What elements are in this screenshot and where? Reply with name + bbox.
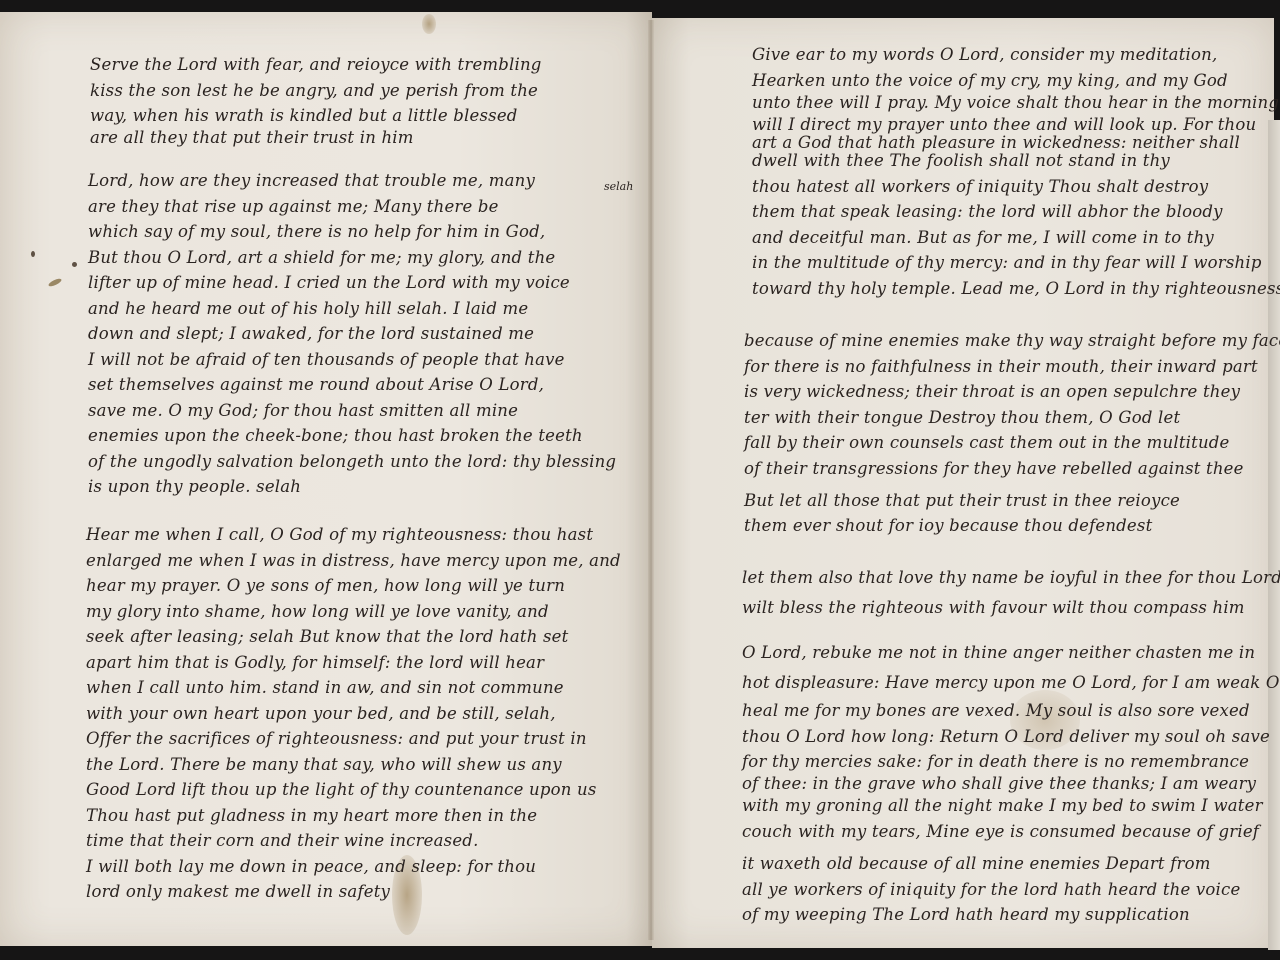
text-line: seek after leasing; selah But know that … bbox=[86, 624, 621, 650]
text-line: heal me for my bones are vexed. My soul … bbox=[742, 698, 1280, 724]
text-line: is very wickedness; their throat is an o… bbox=[744, 379, 1280, 405]
text-line: enemies upon the cheek-bone; thou hast b… bbox=[88, 423, 616, 449]
text-line: toward thy holy temple. Lead me, O Lord … bbox=[752, 276, 1280, 302]
text-line: let them also that love thy name be ioyf… bbox=[742, 565, 1280, 595]
right-paragraph-4: O Lord, rebuke me not in thine anger nei… bbox=[742, 640, 1280, 928]
text-line: it waxeth old because of all mine enemie… bbox=[742, 851, 1280, 877]
text-line: in the multitude of thy mercy: and in th… bbox=[752, 250, 1280, 276]
text-line: time that their corn and their wine incr… bbox=[86, 828, 621, 854]
text-line: which say of my soul, there is no help f… bbox=[88, 219, 616, 245]
text-line: fall by their own counsels cast them out… bbox=[744, 430, 1280, 456]
text-line: save me. O my God; for thou hast smitten… bbox=[88, 398, 616, 424]
text-line: them ever shout for ioy because thou def… bbox=[744, 513, 1280, 539]
ink-dot bbox=[72, 262, 77, 267]
text-line: Give ear to my words O Lord, consider my… bbox=[752, 42, 1280, 68]
top-stain bbox=[422, 14, 436, 34]
text-line: thou O Lord how long: Return O Lord deli… bbox=[742, 724, 1280, 750]
text-line: Hearken unto the voice of my cry, my kin… bbox=[752, 68, 1280, 90]
text-line: will I direct my prayer unto thee and wi… bbox=[752, 112, 1280, 130]
text-line: couch with my tears, Mine eye is consume… bbox=[742, 819, 1280, 851]
text-line: of their transgressions for they have re… bbox=[744, 456, 1280, 488]
text-line: Hear me when I call, O God of my righteo… bbox=[86, 522, 621, 548]
text-line: the Lord. There be many that say, who wi… bbox=[86, 752, 621, 778]
text-line: Good Lord lift thou up the light of thy … bbox=[86, 777, 621, 803]
right-paragraph-2: because of mine enemies make thy way str… bbox=[744, 328, 1280, 539]
text-line: of thee: in the grave who shall give the… bbox=[742, 771, 1280, 793]
margin-note-selah: selah bbox=[604, 180, 633, 193]
text-line: all ye workers of iniquity for the lord … bbox=[742, 877, 1280, 903]
right-paragraph-1: Give ear to my words O Lord, consider my… bbox=[752, 42, 1280, 301]
text-line: Serve the Lord with fear, and reioyce wi… bbox=[90, 52, 542, 78]
text-line: lifter up of mine head. I cried un the L… bbox=[88, 270, 616, 296]
text-line: apart him that is Godly, for himself: th… bbox=[86, 650, 621, 676]
text-line: Thou hast put gladness in my heart more … bbox=[86, 803, 621, 829]
text-line: I will not be afraid of ten thousands of… bbox=[88, 347, 616, 373]
text-line: unto thee will I pray. My voice shalt th… bbox=[752, 90, 1280, 112]
text-line: I will both lay me down in peace, and sl… bbox=[86, 854, 621, 880]
right-page-text-area: Give ear to my words O Lord, consider my… bbox=[652, 0, 1280, 960]
right-paragraph-3: let them also that love thy name be ioyf… bbox=[742, 565, 1280, 621]
ink-dot bbox=[31, 251, 35, 257]
text-line: set themselves against me round about Ar… bbox=[88, 372, 616, 398]
text-line: ter with their tongue Destroy thou them,… bbox=[744, 405, 1280, 431]
text-line: down and slept; I awaked, for the lord s… bbox=[88, 321, 616, 347]
text-line: with my groning all the night make I my … bbox=[742, 793, 1280, 819]
text-line: art a God that hath pleasure in wickedne… bbox=[752, 130, 1280, 148]
text-line: way, when his wrath is kindled but a lit… bbox=[90, 103, 542, 129]
text-line: of the ungodly salvation belongeth unto … bbox=[88, 449, 616, 475]
manuscript-spread: Serve the Lord with fear, and reioyce wi… bbox=[0, 0, 1280, 960]
text-line: with your own heart upon your bed, and b… bbox=[86, 701, 621, 727]
text-line: enlarged me when I was in distress, have… bbox=[86, 548, 621, 574]
text-line: kiss the son lest he be angry, and ye pe… bbox=[90, 78, 542, 104]
text-line: But let all those that put their trust i… bbox=[744, 488, 1280, 514]
text-line: are they that rise up against me; Many t… bbox=[88, 194, 616, 220]
text-line: is upon thy people. selah bbox=[88, 474, 616, 500]
text-line: hear my prayer. O ye sons of men, how lo… bbox=[86, 573, 621, 599]
text-line: when I call unto him. stand in aw, and s… bbox=[86, 675, 621, 701]
text-line: Lord, how are they increased that troubl… bbox=[88, 168, 616, 194]
text-line: for thy mercies sake: for in death there… bbox=[742, 749, 1280, 771]
text-line: them that speak leasing: the lord will a… bbox=[752, 199, 1280, 225]
text-line: my glory into shame, how long will ye lo… bbox=[86, 599, 621, 625]
text-line: because of mine enemies make thy way str… bbox=[744, 328, 1280, 354]
left-paragraph-3: Hear me when I call, O God of my righteo… bbox=[86, 522, 621, 905]
text-line: of my weeping The Lord hath heard my sup… bbox=[742, 902, 1280, 928]
text-line: But thou O Lord, art a shield for me; my… bbox=[88, 245, 616, 271]
text-line: and he heard me out of his holy hill sel… bbox=[88, 296, 616, 322]
text-line: Offer the sacrifices of righteousness: a… bbox=[86, 726, 621, 752]
text-line: for there is no faithfulness in their mo… bbox=[744, 354, 1280, 380]
left-paragraph-2: Lord, how are they increased that troubl… bbox=[88, 168, 616, 500]
text-line: and deceitful man. But as for me, I will… bbox=[752, 225, 1280, 251]
text-line: lord only makest me dwell in safety bbox=[86, 879, 621, 905]
text-line: thou hatest all workers of iniquity Thou… bbox=[752, 174, 1280, 200]
text-line: wilt bless the righteous with favour wil… bbox=[742, 595, 1280, 621]
text-line: hot displeasure: Have mercy upon me O Lo… bbox=[742, 670, 1280, 698]
text-line: O Lord, rebuke me not in thine anger nei… bbox=[742, 640, 1280, 670]
text-line: are all they that put their trust in him bbox=[90, 129, 542, 147]
left-paragraph-1: Serve the Lord with fear, and reioyce wi… bbox=[90, 52, 542, 147]
